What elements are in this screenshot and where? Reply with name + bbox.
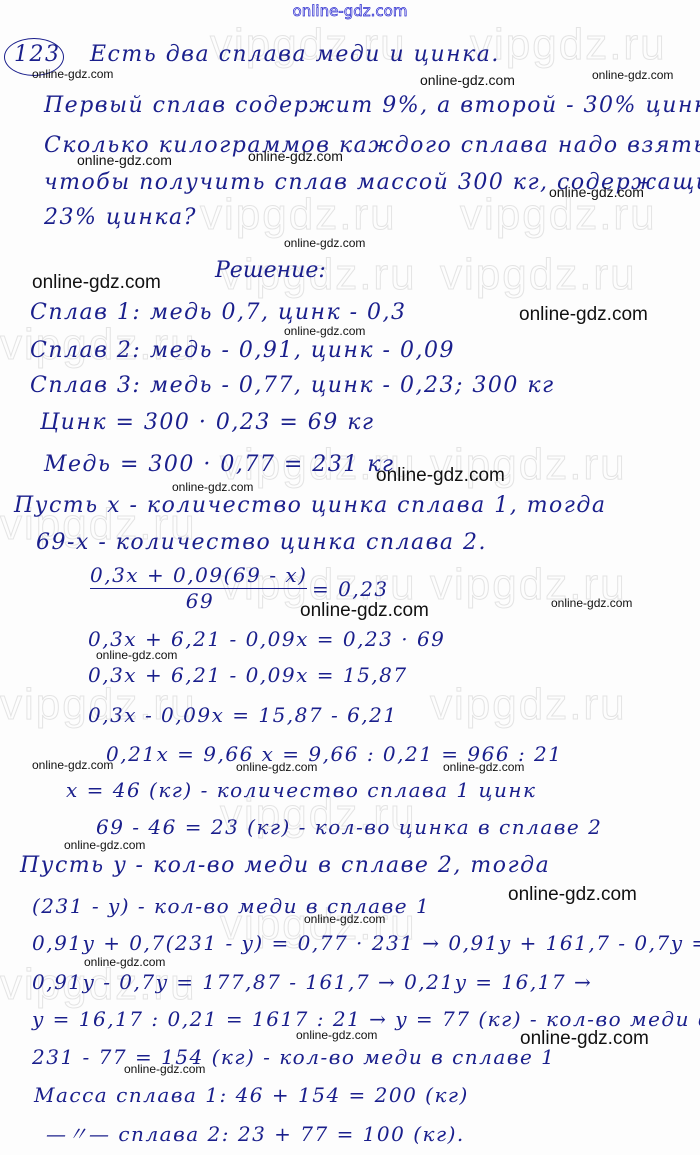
equation-fraction: 0,3x + 0,09(69 - x) 69 [90,563,307,613]
problem-number: 123 [14,42,61,67]
solution-line: Сплав 2: медь - 0,91, цинк - 0,09 [30,338,455,363]
problem-line: Первый сплав содержит 9%, а второй - 30%… [44,93,700,118]
solution-line: 0,3x - 0,09x = 15,87 - 6,21 [88,703,398,727]
watermark: online-gdz.com [300,600,429,622]
solution-line: Сплав 3: медь - 0,77, цинк - 0,23; 300 к… [30,373,555,398]
problem-line: 23% цинка? [44,205,197,230]
solution-line: Масса сплава 1: 46 + 154 = 200 (кг) [34,1083,469,1107]
watermark: online-gdz.com [420,72,515,88]
watermark: online-gdz.com [77,152,172,168]
solution-line: x = 46 (кг) - количество сплава 1 цинк [66,778,536,802]
watermark: online-gdz.com [296,1028,377,1042]
bg-watermark: vipgdz.ru [200,190,397,240]
watermark: online-gdz.com [236,760,317,774]
watermark: online-gdz.com [519,304,648,326]
watermark: online-gdz.com [64,838,145,852]
watermark: online-gdz.com [248,148,343,164]
solution-line: Цинк = 300 · 0,23 = 69 кг [40,410,375,435]
solution-line: Сплав 1: медь 0,7, цинк - 0,3 [30,300,407,325]
watermark: online-gdz.com [304,912,385,926]
bg-watermark: vipgdz.ru [430,680,627,730]
solution-line: Медь = 300 · 0,77 = 231 кг [44,452,395,477]
solution-heading: Решение: [215,258,326,283]
watermark: online-gdz.com [96,648,177,662]
watermark: online-gdz.com [32,272,161,294]
solution-line: 69-x - количество цинка сплава 2. [36,530,487,555]
solution-line: 0,91y - 0,7y = 177,87 - 161,7 → 0,21y = … [32,970,592,994]
watermark: online-gdz.com [520,1028,649,1050]
watermark: online-gdz.com [443,760,524,774]
equation-denominator: 69 [90,589,250,613]
problem-line: Есть два сплава меди и цинка. [90,42,500,67]
watermark: online-gdz.com [32,758,113,772]
watermark: online-gdz.com [508,884,637,906]
watermark: online-gdz.com [549,184,644,200]
watermark: online-gdz.com [84,955,165,969]
top-watermark: online-gdz.com [0,2,700,20]
watermark: online-gdz.com [32,67,113,81]
bg-watermark: vipgdz.ru [440,250,637,300]
equation-rhs: = 0,23 [312,577,389,601]
watermark: online-gdz.com [284,236,365,250]
solution-line: —〃— сплава 2: 23 + 77 = 100 (кг). [46,1118,465,1147]
watermark: online-gdz.com [592,68,673,82]
solution-line: 69 - 46 = 23 (кг) - кол-во цинка в сплав… [96,815,602,839]
watermark: online-gdz.com [551,596,632,610]
solution-line: Пусть x - количество цинка сплава 1, тог… [14,493,606,518]
watermark: online-gdz.com [124,1062,205,1076]
solution-line: Пусть y - кол-во меди в сплаве 2, тогда [20,853,550,878]
watermark: online-gdz.com [284,324,365,338]
solution-line: 231 - 77 = 154 (кг) - кол-во меди в спла… [32,1045,555,1069]
solution-line: 0,3x + 6,21 - 0,09x = 15,87 [88,663,408,687]
solution-line: 0,91y + 0,7(231 - y) = 0,77 · 231 → 0,91… [32,931,700,955]
watermark: online-gdz.com [172,480,253,494]
homework-page: vipgdz.ru vipgdz.ru vipgdz.ru vipgdz.ru … [0,0,700,1155]
equation-numerator: 0,3x + 0,09(69 - x) [90,563,307,589]
watermark: online-gdz.com [376,465,505,487]
